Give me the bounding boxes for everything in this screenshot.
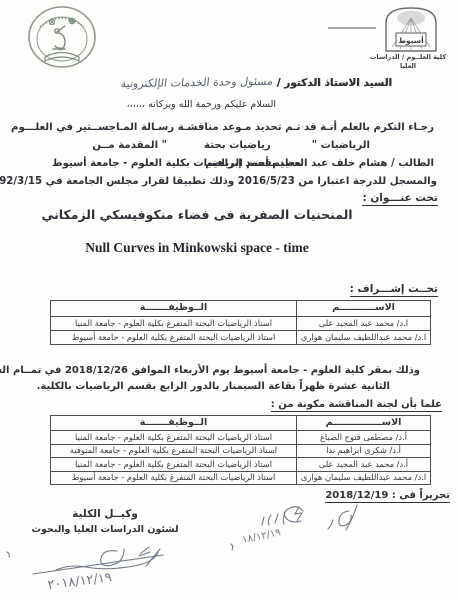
table-row: أ.د/ محمد عبد المجيد على استاذ الرياضيات…: [51, 458, 431, 472]
logo-arabic-text: أسيوط: [398, 35, 424, 45]
position-column-header: الــوظيفـــــــة: [51, 416, 297, 431]
examiner-name: ا.د/ محمد عبداللطيف سليمان هوارى: [297, 471, 431, 485]
name-column-header: الاســـــــــــم: [297, 301, 431, 317]
dated-label: تحريراً فى :: [388, 490, 450, 501]
logo-caption: كلية العلــوم / الدراسات العليا: [366, 53, 450, 71]
body-line-2-b: رياضيات بحتة: [204, 140, 271, 151]
examiner-name: أ.د/ شكرى ابراهيم ندا: [297, 444, 431, 458]
logo-caption-line1: كلية العلــوم / الدراسات: [366, 53, 450, 62]
table-row: أ.د/ شكرى ابراهيم ندا استاذ الرياضيات ال…: [51, 444, 431, 458]
salutation-printed: السيد الاستاذ الدكتور /: [277, 77, 392, 89]
microscope-icon: [53, 26, 65, 50]
table-row: ا.د/ محمد عبداللطيف سليمان هوارى استاذ ا…: [51, 471, 431, 485]
supervision-label: تحــت إشـــراف :: [350, 283, 438, 295]
scanned-thesis-defense-letter: أسيوط كلية العلــوم / الدراسات العليا ال…: [0, 0, 458, 600]
university-logo-icon: أسيوط: [328, 3, 444, 53]
supervisor-name: ا.د/ محمد عبداللطيف سليمان هوارى: [297, 331, 431, 345]
supervisor-position: استاذ الرياضيات البحتة المتفرغ بكلية الع…: [51, 317, 297, 331]
supervisor-name: ا.د/ محمد عبد المجيد على: [297, 317, 431, 331]
table-row: أ.د/ مصطفى فتوح الصباغ استاذ الرياضيات ا…: [51, 431, 431, 445]
body-line-4: والمسجل للدرجة اعتبارا من 2016/5/23 وذلك…: [0, 176, 437, 187]
table-row: ا.د/ محمد عبد المجيد على استاذ الرياضيات…: [51, 317, 431, 331]
signatory-subtitle: لشئون الدراسات العليا والبحوث: [30, 524, 180, 535]
greeting-line: السلام عليكم ورحمة الله وبركاته ،،،،،،: [127, 99, 276, 110]
signature-scribble-right: [328, 505, 357, 530]
handwritten-date-center: ١٨/١٢/١٩: [241, 527, 281, 546]
thesis-title-english: Null Curves in Minkowski space - time: [0, 240, 394, 256]
signature-scribble-center: [231, 507, 303, 550]
supervisor-position: استاذ الرياضيات البحتة المتفرغ بكلية الع…: [51, 331, 297, 345]
supervision-table: الاســـــــــــم الــوظيفـــــــة ا.د/ م…: [50, 300, 431, 345]
body-line-3-position: معيد بقسم الرياضيات بكلية العلوم - جامعة…: [52, 158, 301, 169]
dated-line: تحريراً فى : 2018/12/19: [325, 490, 450, 501]
salutation-line: السيد الاستاذ الدكتور / مسئول وحدة الخدم…: [121, 76, 392, 89]
examiner-name: أ.د/ محمد عبد المجيد على: [297, 458, 431, 472]
body-line-2-c: " المقدمة مــن: [92, 140, 167, 151]
dated-value: 2018/12/19: [325, 490, 388, 501]
table-header-row: الاســـــــــــــــم الــوظيفـــــــة: [51, 416, 431, 431]
committee-table: الاســـــــــــــــم الــوظيفـــــــة أ.…: [50, 415, 431, 485]
examiner-position: استاذ الرياضيات البحتة المتفرغ بكلية الع…: [51, 458, 297, 472]
logo-caption-line2: العليا: [366, 62, 450, 71]
salutation-handwritten: مسئول وحدة الخدمات الإلكترونية: [121, 75, 275, 91]
name-column-header: الاســـــــــــــــم: [297, 416, 431, 431]
venue-line-2: الثانية عشرة ظهراً بقاعة السيمنار بالدور…: [37, 381, 390, 392]
committee-label: علما بأن لجنة المناقشة مكونة من :: [271, 399, 442, 410]
handwritten-date-bottom-left: ٢٠١٨/١٢/١٩: [47, 570, 113, 593]
signature-scribble-bottom-left: [7, 547, 163, 574]
position-column-header: الــوظيفـــــــة: [51, 301, 297, 317]
examiner-name: أ.د/ مصطفى فتوح الصباغ: [297, 431, 431, 445]
table-header-row: الاســـــــــــم الــوظيفـــــــة: [51, 301, 431, 317]
body-line-2-a: الرياضيات ": [312, 140, 370, 151]
book-icon: [45, 53, 79, 62]
body-line-1: رجـاء التكرم بالعلم أنـة قد تـم تحديد مـ…: [11, 122, 434, 133]
examiner-position: استاذ الرياضيات البحتة المتفرغ بكلية الع…: [51, 471, 297, 485]
venue-line-1: وذلك بمقر كلية العلوم - جامعة أسيوط يوم …: [0, 365, 420, 376]
examiner-position: استاذ الرياضيات البحتة المتفرغ بكلية الع…: [51, 444, 297, 458]
title-section-label: تحت عنـــوان :: [362, 192, 438, 204]
body-line-2: الرياضيات " رياضيات بحتة " المقدمة مــن: [92, 140, 370, 151]
table-row: ا.د/ محمد عبداللطيف سليمان هوارى استاذ ا…: [51, 331, 431, 345]
signatory-title: وكيــل الكلية: [30, 508, 180, 520]
faculty-seal-icon: [26, 5, 98, 71]
thesis-title-arabic: المنحنيات الصفرية فى فضاء منكوفيسكي الزم…: [0, 207, 394, 222]
examiner-position: استاذ الرياضيات البحتة المتفرغ بكلية الع…: [51, 431, 297, 445]
